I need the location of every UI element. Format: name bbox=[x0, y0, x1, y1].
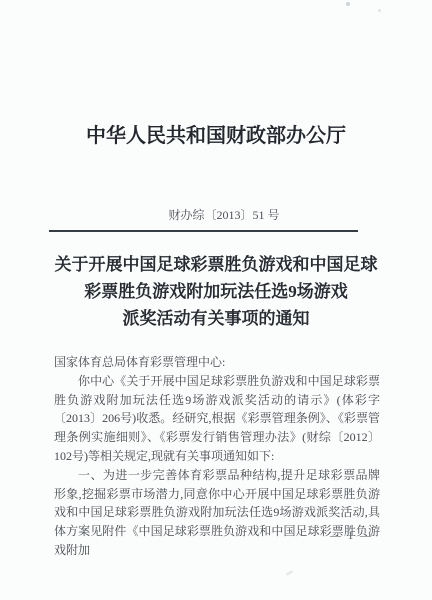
scan-smudge bbox=[286, 570, 293, 575]
issuing-org-letterhead: 中华人民共和国财政部办公厅 bbox=[0, 119, 432, 148]
document-number: 财办综〔2013〕51 号 bbox=[8, 206, 432, 223]
scan-speck bbox=[346, 2, 350, 6]
notice-title: 关于开展中国足球彩票胜负游戏和中国足球 彩票胜负游戏附加玩法任选9场游戏 派奖活… bbox=[0, 251, 432, 332]
notice-title-line-1: 关于开展中国足球彩票胜负游戏和中国足球 bbox=[0, 251, 432, 278]
page-number: — 1 — bbox=[330, 530, 373, 542]
notice-title-line-3: 派奖活动有关事项的通知 bbox=[0, 305, 432, 332]
recipient-line: 国家体育总局体育彩票管理中心: bbox=[54, 353, 380, 372]
header-divider-rule bbox=[49, 230, 358, 232]
scan-speck bbox=[378, 9, 381, 12]
body-paragraph-2: 一、为进一步完善体育彩票品种结构,提升足球彩票品牌形象,挖掘彩票市场潜力,同意你… bbox=[54, 466, 380, 560]
body-paragraph-1: 你中心《关于开展中国足球彩票胜负游戏和中国足球彩票胜负游戏附加玩法任选9场游戏派… bbox=[54, 372, 380, 466]
scanned-document-page: 中华人民共和国财政部办公厅 财办综〔2013〕51 号 关于开展中国足球彩票胜负… bbox=[0, 0, 432, 600]
notice-title-line-2: 彩票胜负游戏附加玩法任选9场游戏 bbox=[0, 278, 432, 305]
document-body: 国家体育总局体育彩票管理中心: 你中心《关于开展中国足球彩票胜负游戏和中国足球彩… bbox=[54, 353, 380, 560]
